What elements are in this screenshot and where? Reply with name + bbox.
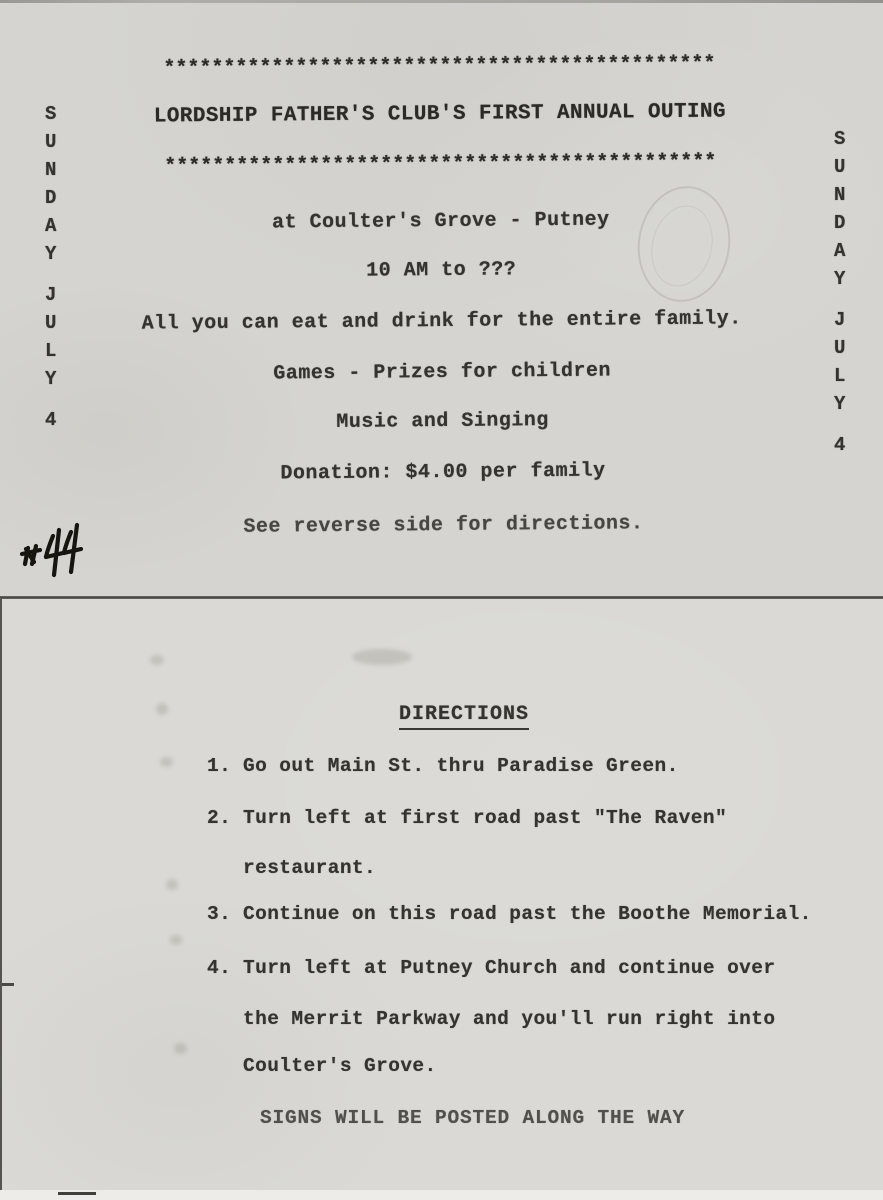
location-line: at Coulter's Grove - Putney <box>0 206 882 238</box>
directions-heading: DIRECTIONS <box>399 703 529 730</box>
bleedthrough-smudge <box>166 879 178 890</box>
time-line: 10 AM to ??? <box>0 255 883 287</box>
reverse-side-line: See reverse side for directions. <box>2 510 883 542</box>
bleedthrough-smudge <box>174 1043 187 1054</box>
direction-item-1: 1.Go out Main St. thru Paradise Green. <box>207 755 679 777</box>
handwritten-number-mark: #44 <box>16 518 100 582</box>
direction-item-2: 2.Turn left at first road past "The Rave… <box>207 807 727 829</box>
flyer-title: LORDSHIP FATHER'S CLUB'S FIRST ANNUAL OU… <box>0 99 881 131</box>
directions-back-page: DIRECTIONS 1.Go out Main St. thru Paradi… <box>0 599 883 1190</box>
handwritten-scribble-icon <box>16 518 100 582</box>
food-line: All you can eat and drink for the entire… <box>0 306 883 338</box>
direction-text: Turn left at Putney Church and continue … <box>243 957 775 979</box>
direction-number: 3. <box>207 903 243 925</box>
direction-item-2-continuation: restaurant. <box>243 857 376 879</box>
direction-item-4-continuation-1: the Merrit Parkway and you'll run right … <box>243 1008 775 1030</box>
direction-text: Turn left at first road past "The Raven" <box>243 807 727 829</box>
bleedthrough-smudge <box>160 757 173 767</box>
scanned-document: SUNDAY JULY 4 SUNDAY JULY 4 ************… <box>0 0 883 1200</box>
direction-number: 4. <box>207 957 243 979</box>
bleedthrough-smudge <box>156 703 168 715</box>
scan-bottom-edge <box>0 1190 883 1200</box>
bottom-edge-mark <box>58 1192 96 1195</box>
music-line: Music and Singing <box>1 406 883 438</box>
games-line: Games - Prizes for children <box>1 357 883 389</box>
flyer-front-page: SUNDAY JULY 4 SUNDAY JULY 4 ************… <box>0 0 883 596</box>
flyer-text-block: ****************************************… <box>0 0 883 600</box>
ornament-row-top: ****************************************… <box>0 51 881 83</box>
bleedthrough-smudge <box>170 935 182 945</box>
direction-item-3: 3.Continue on this road past the Boothe … <box>207 903 812 925</box>
signs-footer-line: SIGNS WILL BE POSTED ALONG THE WAY <box>260 1107 685 1129</box>
direction-item-4-continuation-2: Coulter's Grove. <box>243 1055 437 1077</box>
ornament-row-bottom: ****************************************… <box>0 149 882 181</box>
direction-text: Continue on this road past the Boothe Me… <box>243 903 812 925</box>
bleedthrough-smudge <box>150 655 164 665</box>
direction-text: Go out Main St. thru Paradise Green. <box>243 755 679 777</box>
donation-line: Donation: $4.00 per family <box>1 457 883 489</box>
bleedthrough-smudge <box>352 649 412 665</box>
direction-number: 1. <box>207 755 243 777</box>
direction-item-4: 4.Turn left at Putney Church and continu… <box>207 957 775 979</box>
direction-number: 2. <box>207 807 243 829</box>
left-edge-mark <box>2 983 14 986</box>
